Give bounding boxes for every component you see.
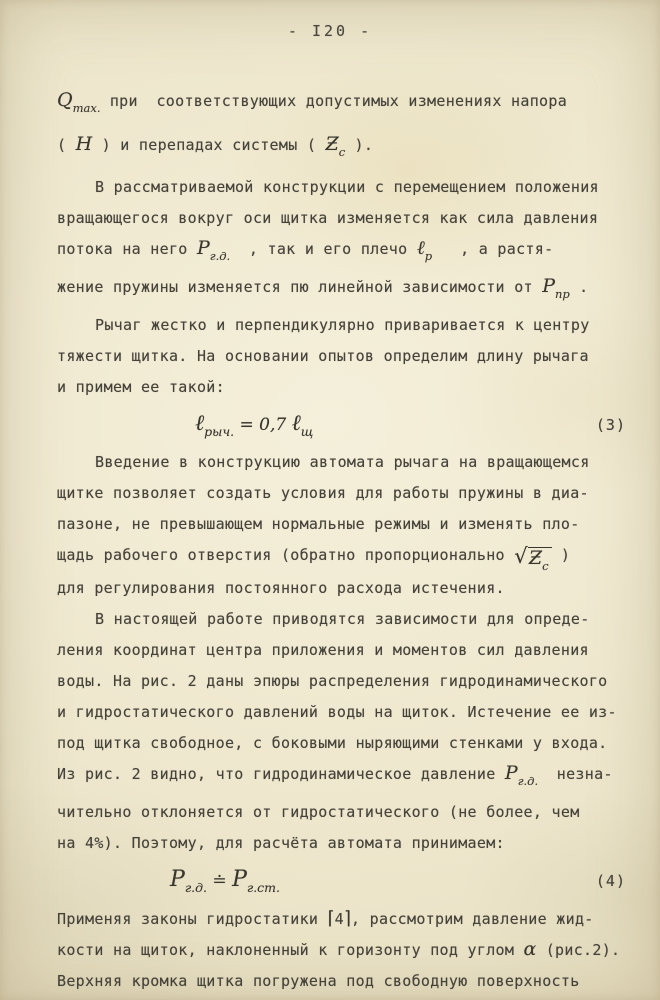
text-line: на 4%). Поэтому, для расчёта автомата пр… bbox=[57, 828, 626, 859]
formula-expression: ℓрыч. = 0,7 ℓщ bbox=[195, 405, 313, 452]
text-run: Рычаг жестко и перпендикулярно приварива… bbox=[95, 316, 590, 334]
math-subscript: г.д. bbox=[518, 774, 538, 788]
text-line: кости на щиток, наклоненный к горизонту … bbox=[57, 935, 626, 966]
formula-text: = 0,7 bbox=[234, 415, 292, 435]
text-line: Применяя законы гидростатики ⌈4⌉, рассмо… bbox=[57, 903, 626, 935]
equation-number: (3) bbox=[596, 405, 626, 445]
text-line: щитке позволяет создать условия для рабо… bbox=[57, 478, 626, 509]
text-run: (рис.2). bbox=[536, 941, 620, 959]
math-symbol: ℓ bbox=[195, 411, 204, 436]
text-run: вращающегося вокруг оси щитка изменяется… bbox=[57, 209, 598, 227]
math-symbol: P bbox=[505, 762, 518, 784]
math-symbol: P bbox=[197, 237, 210, 259]
text-run: и гидростатического давлений воды на щит… bbox=[57, 703, 617, 721]
text-run: при соответствующих допустимых изменения… bbox=[100, 92, 567, 110]
text-run: незна- bbox=[538, 765, 613, 783]
formula-line: Pг.д. ≐ Pг.ст.(4) bbox=[57, 861, 626, 901]
text-run: чительно отклоняется от гидростатическог… bbox=[57, 803, 580, 821]
text-run: Введение в конструкцию автомата рычага н… bbox=[95, 453, 590, 471]
text-line: Введение в конструкцию автомата рычага н… bbox=[57, 447, 626, 478]
math-subscript: р bbox=[425, 249, 432, 263]
bracket: ⌉ bbox=[344, 908, 351, 929]
text-run: , а растя- bbox=[432, 240, 553, 258]
math-symbol: H bbox=[76, 133, 93, 155]
page-number: - I20 - bbox=[0, 22, 660, 40]
text-line: и гидростатического давлений воды на щит… bbox=[57, 697, 626, 728]
text-line: для регулирования постоянного расхода ис… bbox=[57, 573, 626, 604]
math-symbol: Ƶ bbox=[529, 547, 542, 569]
math-subscript: г.ст. bbox=[247, 880, 280, 895]
text-run: жение пружины изменяется пю линейной зав… bbox=[57, 278, 542, 296]
bracket: ⌈ bbox=[328, 908, 335, 929]
math-subscript: г.д. bbox=[210, 249, 230, 263]
text-line: под щитка свободное, с боковыми ныряющим… bbox=[57, 728, 626, 759]
text-run: 4 bbox=[335, 910, 344, 928]
text-run: воды. На рис. 2 даны эпюры распределения… bbox=[57, 672, 608, 690]
text-run: под щитка свободное, с боковыми ныряющим… bbox=[57, 734, 608, 752]
math-symbol: P bbox=[232, 867, 247, 892]
math-symbol: α bbox=[524, 938, 537, 960]
document-body: Qmax. при соответствующих допустимых изм… bbox=[57, 86, 626, 997]
text-line: тяжести щитка. На основании опытов опред… bbox=[57, 341, 626, 372]
text-line: жение пружины изменяется пю линейной зав… bbox=[57, 272, 626, 310]
text-line: щадь рабочего отверстия (обратно пропорц… bbox=[57, 540, 626, 573]
text-line: пазоне, не превышающем нормальные режимы… bbox=[57, 509, 626, 540]
text-run: пазоне, не превышающем нормальные режимы… bbox=[57, 515, 580, 533]
text-line: и примем ее такой: bbox=[57, 372, 626, 403]
text-run: Верхняя кромка щитка погружена под свобо… bbox=[57, 972, 580, 990]
text-line: ( H ) и перепадах системы ( Ƶс ). bbox=[57, 130, 626, 168]
text-run: и примем ее такой: bbox=[57, 378, 225, 396]
text-line: Из рис. 2 видно, что гидродинамическое д… bbox=[57, 759, 626, 797]
math-subscript: щ bbox=[301, 424, 314, 439]
text-line: Qmax. при соответствующих допустимых изм… bbox=[57, 86, 626, 124]
text-line: воды. На рис. 2 даны эпюры распределения… bbox=[57, 666, 626, 697]
text-run: кости на щиток, наклоненный к горизонту … bbox=[57, 941, 524, 959]
text-run: ( bbox=[57, 136, 76, 154]
text-run: ления координат центра приложения и моме… bbox=[57, 641, 589, 659]
text-line: В рассматриваемой конструкции с перемеще… bbox=[57, 172, 626, 203]
text-run: Из рис. 2 видно, что гидродинамическое д… bbox=[57, 765, 505, 783]
math-subscript: г.д. bbox=[185, 880, 207, 895]
math-symbol: ℓ bbox=[417, 237, 425, 259]
formula-expression: Pг.д. ≐ Pг.ст. bbox=[170, 861, 280, 908]
math-subscript: max. bbox=[73, 101, 101, 115]
math-symbol: ℓ bbox=[292, 411, 301, 436]
text-line: Верхняя кромка щитка погружена под свобо… bbox=[57, 966, 626, 997]
text-run: потока на него bbox=[57, 240, 197, 258]
text-line: потока на него Pг.д. , так и его плечо ℓ… bbox=[57, 234, 626, 272]
text-run: . bbox=[570, 278, 589, 296]
text-line: ления координат центра приложения и моме… bbox=[57, 635, 626, 666]
text-run: В рассматриваемой конструкции с перемеще… bbox=[95, 178, 599, 196]
math-subscript: пр bbox=[555, 287, 570, 301]
text-run: тяжести щитка. На основании опытов опред… bbox=[57, 347, 589, 365]
text-run: для регулирования постоянного расхода ис… bbox=[57, 579, 505, 597]
text-run: ) и перепадах системы ( bbox=[92, 136, 325, 154]
text-run: на 4%). Поэтому, для расчёта автомата пр… bbox=[57, 834, 505, 852]
radical-icon: √ bbox=[514, 546, 528, 567]
math-subscript: с bbox=[542, 559, 548, 573]
text-run: ) bbox=[552, 546, 571, 564]
math-subscript: рыч. bbox=[204, 424, 234, 439]
text-run: щитке позволяет создать условия для рабо… bbox=[57, 484, 589, 502]
math-symbol: P bbox=[170, 867, 185, 892]
text-run: В настоящей работе приводятся зависимост… bbox=[95, 610, 590, 628]
text-line: Рычаг жестко и перпендикулярно приварива… bbox=[57, 310, 626, 341]
text-run: Применяя законы гидростатики bbox=[57, 910, 328, 928]
text-run: щадь рабочего отверстия (обратно пропорц… bbox=[57, 546, 514, 564]
sqrt-expression: √Ƶс bbox=[514, 547, 551, 573]
equation-number: (4) bbox=[596, 861, 626, 901]
text-line: вращающегося вокруг оси щитка изменяется… bbox=[57, 203, 626, 234]
math-symbol: Ƶ bbox=[326, 133, 339, 155]
formula-text: ≐ bbox=[207, 871, 232, 891]
text-run: ). bbox=[345, 136, 373, 154]
text-run: , так и его плечо bbox=[230, 240, 417, 258]
radicand: Ƶс bbox=[528, 547, 552, 573]
math-symbol: Q bbox=[57, 89, 73, 111]
text-line: В настоящей работе приводятся зависимост… bbox=[57, 604, 626, 635]
formula-line: ℓрыч. = 0,7 ℓщ(3) bbox=[57, 405, 626, 445]
math-symbol: P bbox=[542, 275, 555, 297]
text-run: , рассмотрим давление жид- bbox=[351, 910, 594, 928]
text-line: чительно отклоняется от гидростатическог… bbox=[57, 797, 626, 828]
